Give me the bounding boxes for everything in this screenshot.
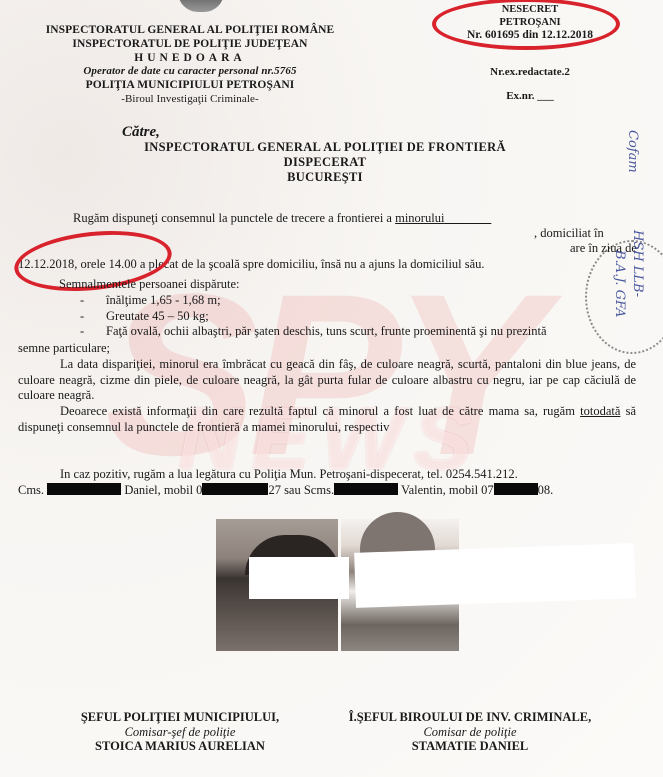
contact-text: 27 sau Scms. <box>268 483 334 497</box>
highlight-circle-registration <box>432 0 620 50</box>
domicile-text: , domiciliat în <box>534 226 604 242</box>
salutation: Către, <box>122 124 160 141</box>
handwritten-note: Cofam <box>625 130 640 173</box>
contact-text: In caz pozitiv, rugăm a lua legătura cu … <box>18 467 636 483</box>
copy-number: Ex.nr. ___ <box>480 90 580 102</box>
contact-persons: Cms. Daniel, mobil 027 sau Scms. Valenti… <box>18 483 636 499</box>
copies-count: Nr.ex.redactate.2 <box>470 66 590 78</box>
list-item: Greutate 45 – 50 kg; <box>80 309 620 325</box>
clothing-paragraph: La data dispariţiei, minorul era îmbrăca… <box>18 357 636 404</box>
contact-text: Cms. <box>18 483 47 497</box>
contact-text: Daniel, mobil 0 <box>121 483 202 497</box>
list-item: înălţime 1,65 - 1,68 m; <box>80 293 620 309</box>
issuer-line: INSPECTORATUL DE POLIŢIE JUDEŢEAN <box>20 38 360 52</box>
signatory-title: Î.ŞEFUL BIROULUI DE INV. CRIMINALE, <box>300 710 640 725</box>
issuer-county: HUNEDOARA <box>20 52 360 66</box>
face-redaction <box>249 557 349 599</box>
issuer-department: -Biroul Investigaţii Criminale- <box>20 93 360 107</box>
request-paragraph: Rugăm dispuneţi consemnul la punctele de… <box>73 211 491 227</box>
recipient-line: INSPECTORATUL GENERAL AL POLIŢIEI DE FRO… <box>90 140 560 155</box>
signatory-name: STAMATIE DANIEL <box>300 739 640 754</box>
mother-text: Deoarece există informaţii din care rezu… <box>60 404 580 418</box>
data-operator-line: Operator de date cu caracter personal nr… <box>20 65 360 79</box>
handwritten-note: B.A.J. GFA <box>612 250 627 317</box>
description-list: înălţime 1,65 - 1,68 m; Greutate 45 – 50… <box>80 293 620 340</box>
issuer-line: POLIŢIA MUNICIPIULUI PETROŞANI <box>20 79 360 93</box>
signature-block-left: ŞEFUL POLIŢIEI MUNICIPIULUI, Comisar-şef… <box>60 710 300 754</box>
signatory-name: STOICA MARIUS AURELIAN <box>60 739 300 754</box>
redaction-bar <box>202 483 268 495</box>
list-item: Faţă ovală, ochii albaştri, păr şaten de… <box>80 324 620 340</box>
signatory-title: ŞEFUL POLIŢIEI MUNICIPIULUI, <box>60 710 300 725</box>
signatory-rank: Comisar-şef de poliţie <box>60 725 300 740</box>
signatory-rank: Comisar de poliţie <box>300 725 640 740</box>
signature-block-right: Î.ŞEFUL BIROULUI DE INV. CRIMINALE, Comi… <box>300 710 640 754</box>
contact-text: 08. <box>538 483 554 497</box>
contact-paragraph: In caz pozitiv, rugăm a lua legătura cu … <box>18 467 636 498</box>
handwritten-note: HSH LLB- <box>630 230 645 297</box>
mother-text-underlined: totodată <box>580 404 620 418</box>
contact-text: Valentin, mobil 07 <box>398 483 494 497</box>
redacted-blank <box>444 211 491 225</box>
recipient-block: INSPECTORATUL GENERAL AL POLIŢIEI DE FRO… <box>90 140 560 185</box>
face-redaction <box>354 543 636 608</box>
issuer-header: INSPECTORATUL GENERAL AL POLIŢIEI ROMÂNE… <box>20 24 360 107</box>
description-continuation: semne particulare; <box>18 341 110 357</box>
redaction-bar <box>494 483 538 495</box>
issuer-line: INSPECTORATUL GENERAL AL POLIŢIEI ROMÂNE <box>20 24 360 38</box>
request-text: Rugăm dispuneţi consemnul la punctele de… <box>73 211 395 225</box>
redaction-bar <box>334 483 398 495</box>
mother-paragraph: Deoarece există informaţii din care rezu… <box>18 404 636 435</box>
recipient-line: DISPECERAT <box>90 155 560 170</box>
description-title: Semnalmentele persoanei dispărute: <box>59 277 240 293</box>
recipient-line: BUCUREŞTI <box>90 170 560 185</box>
minor-label: minorului <box>395 211 444 225</box>
redaction-bar <box>47 483 121 495</box>
